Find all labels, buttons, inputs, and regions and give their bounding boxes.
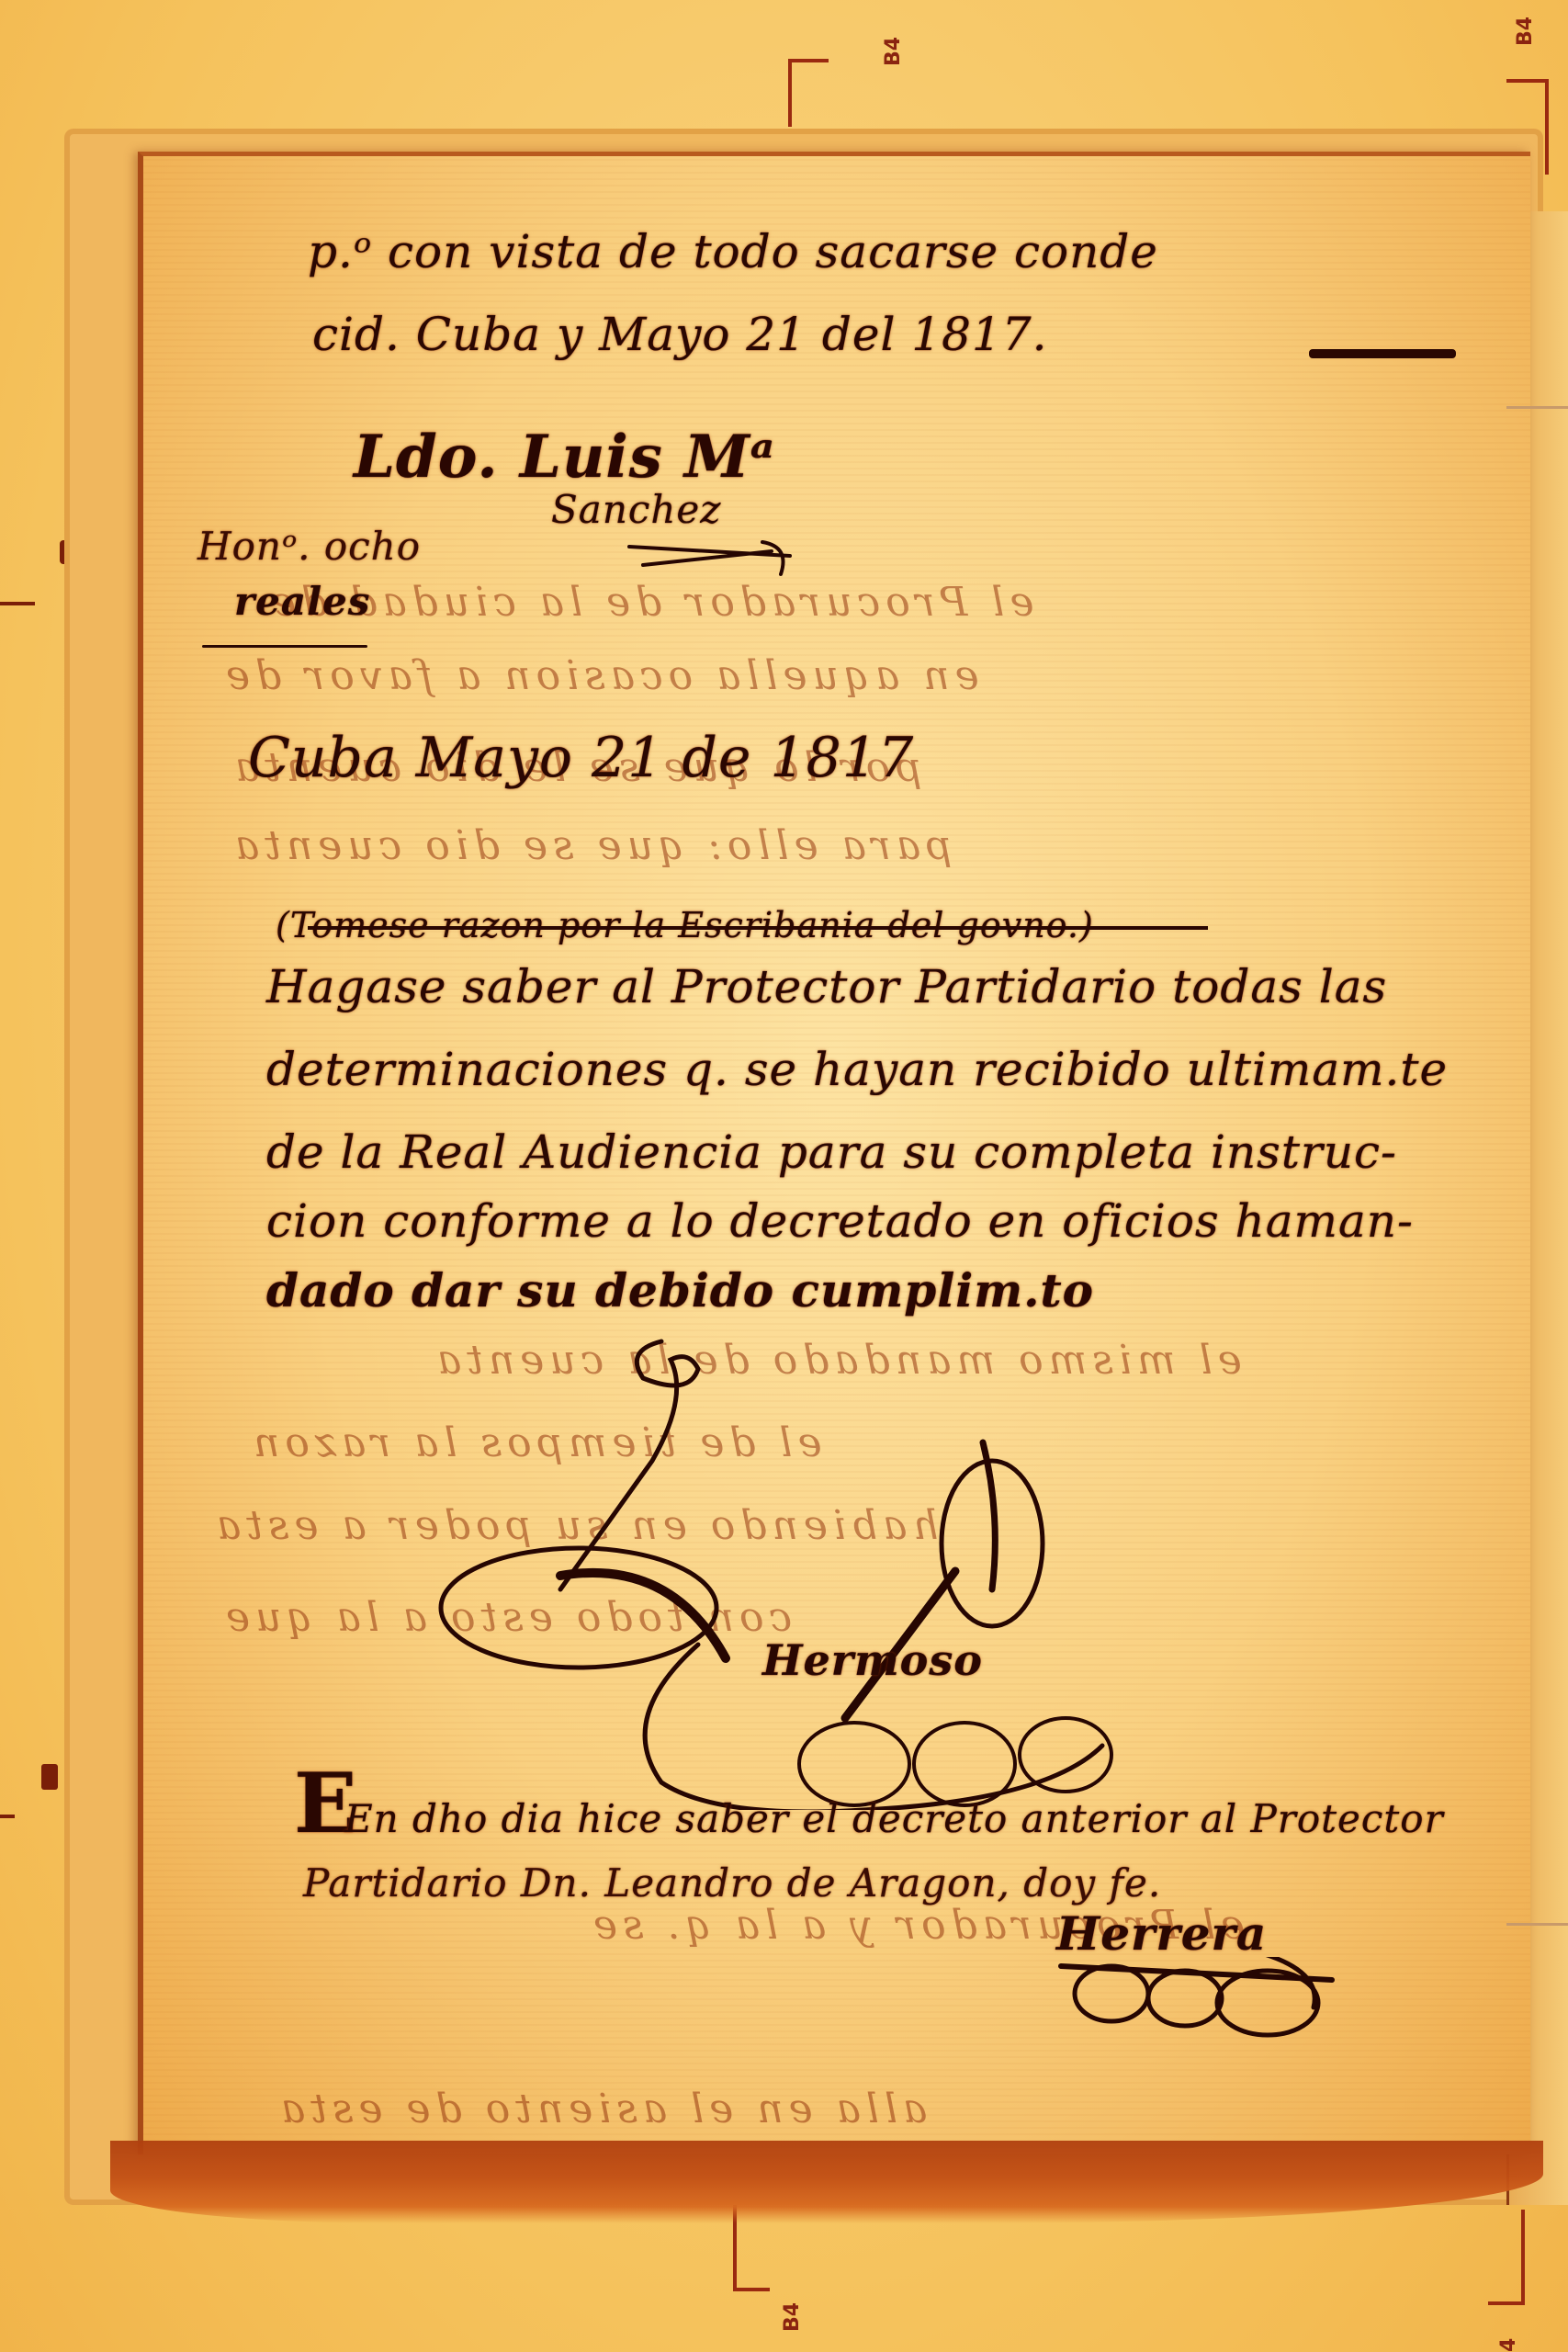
bleed-through-line: para ello: que se dio cuenta — [230, 822, 952, 869]
signature-rubric-1 — [625, 528, 808, 583]
notification-line-1: En dho dia hice saber el decreto anterio… — [344, 1796, 1444, 1841]
entry-dateline: Cuba Mayo 21 de 1817 — [248, 726, 914, 790]
decree-end-flourish — [1309, 349, 1456, 358]
decree-line-2: cid. Cuba y Mayo 21 del 1817. — [312, 308, 1047, 361]
notification-signature: Herrera — [1056, 1906, 1267, 1961]
crop-label-top-left: B4 — [882, 37, 905, 66]
signature-name-2: Hermoso — [762, 1635, 983, 1685]
notification-rubric — [1056, 1957, 1369, 2058]
margin-note-reales: reales — [234, 579, 370, 624]
signature-rubric-2 — [395, 1332, 1222, 1810]
margin-tick — [0, 1815, 15, 1818]
page-bottom-edge — [110, 2141, 1543, 2223]
bleed-through-line: alla en el asiento de esta — [276, 2086, 927, 2132]
signature-ldo-luis: Ldo. Luis Mᵃ — [354, 423, 775, 492]
margin-tick — [0, 602, 35, 605]
bleed-through-line: en aquella ocasion a favor de — [220, 652, 979, 699]
margin-note-honorarium: Honᵒ. ocho — [197, 524, 421, 569]
notification-line-2: Partidario Dn. Leandro de Aragon, doy fe… — [303, 1860, 1161, 1905]
entry-body-line-2: determinaciones q. se hayan recibido ult… — [266, 1043, 1448, 1096]
entry-body-line-1: Hagase saber al Protector Partidario tod… — [266, 960, 1387, 1013]
margin-note-underline — [202, 645, 367, 648]
decree-line-1: p.ᵒ con vista de todo sacarse conde — [308, 225, 1158, 278]
margin-tick — [41, 1764, 58, 1790]
entry-body-line-4: cion conforme a lo decretado en oficios … — [266, 1194, 1414, 1248]
binding-thread — [1506, 1923, 1568, 1926]
crop-mark-top-left — [788, 59, 829, 127]
crop-label-top-right: B4 — [1514, 17, 1537, 46]
entry-body-line-5: dado dar su debido cumplim.to — [266, 1263, 1094, 1317]
binding-thread — [1506, 406, 1568, 409]
entry-body-line-3: de la Real Audiencia para su completa in… — [266, 1125, 1397, 1179]
crop-label-bottom-right: 4 — [1497, 2338, 1520, 2352]
struck-out-line: (Tomese razon por la Escribania del govn… — [276, 905, 1094, 945]
crop-mark-bottom-right — [1488, 2210, 1525, 2305]
signature-surname: Sanchez — [551, 487, 721, 532]
bleed-through-line: el Procurador de la ciudad de — [266, 579, 1033, 626]
crop-label-bottom-left: B4 — [781, 2302, 804, 2332]
strike-through — [308, 926, 1208, 930]
